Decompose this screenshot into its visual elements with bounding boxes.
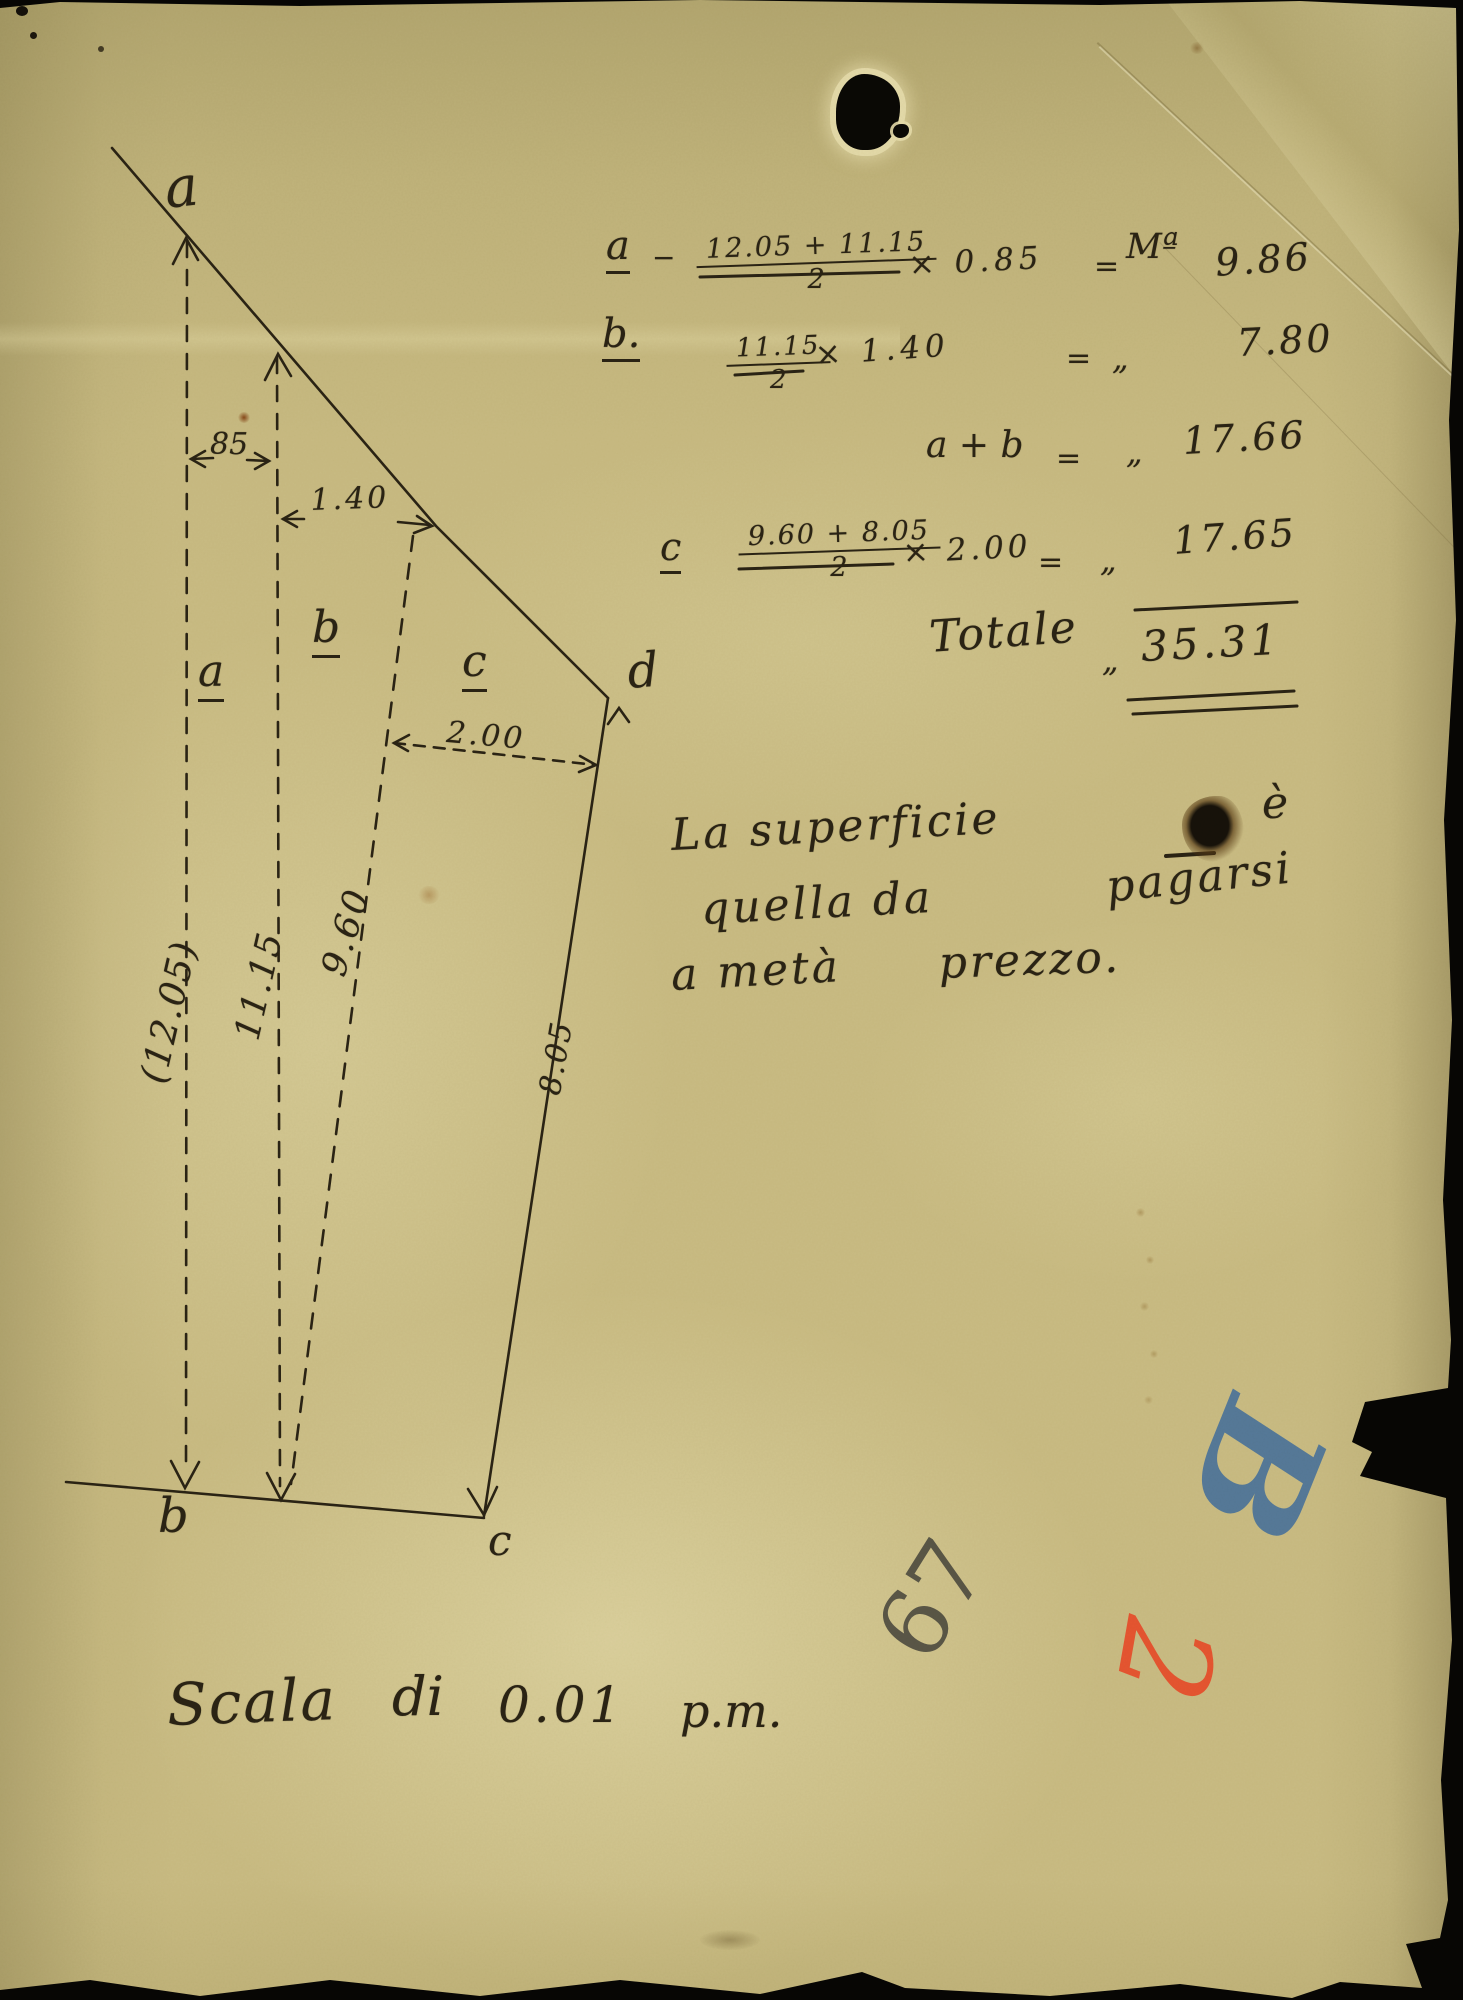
paper-grain — [0, 0, 1463, 2000]
paper-sheet: a d b c a b c 85 1.40 2.00 (12.05) 11.15… — [0, 0, 1463, 2000]
scanned-page: a d b c a b c 85 1.40 2.00 (12.05) 11.15… — [0, 0, 1463, 2000]
